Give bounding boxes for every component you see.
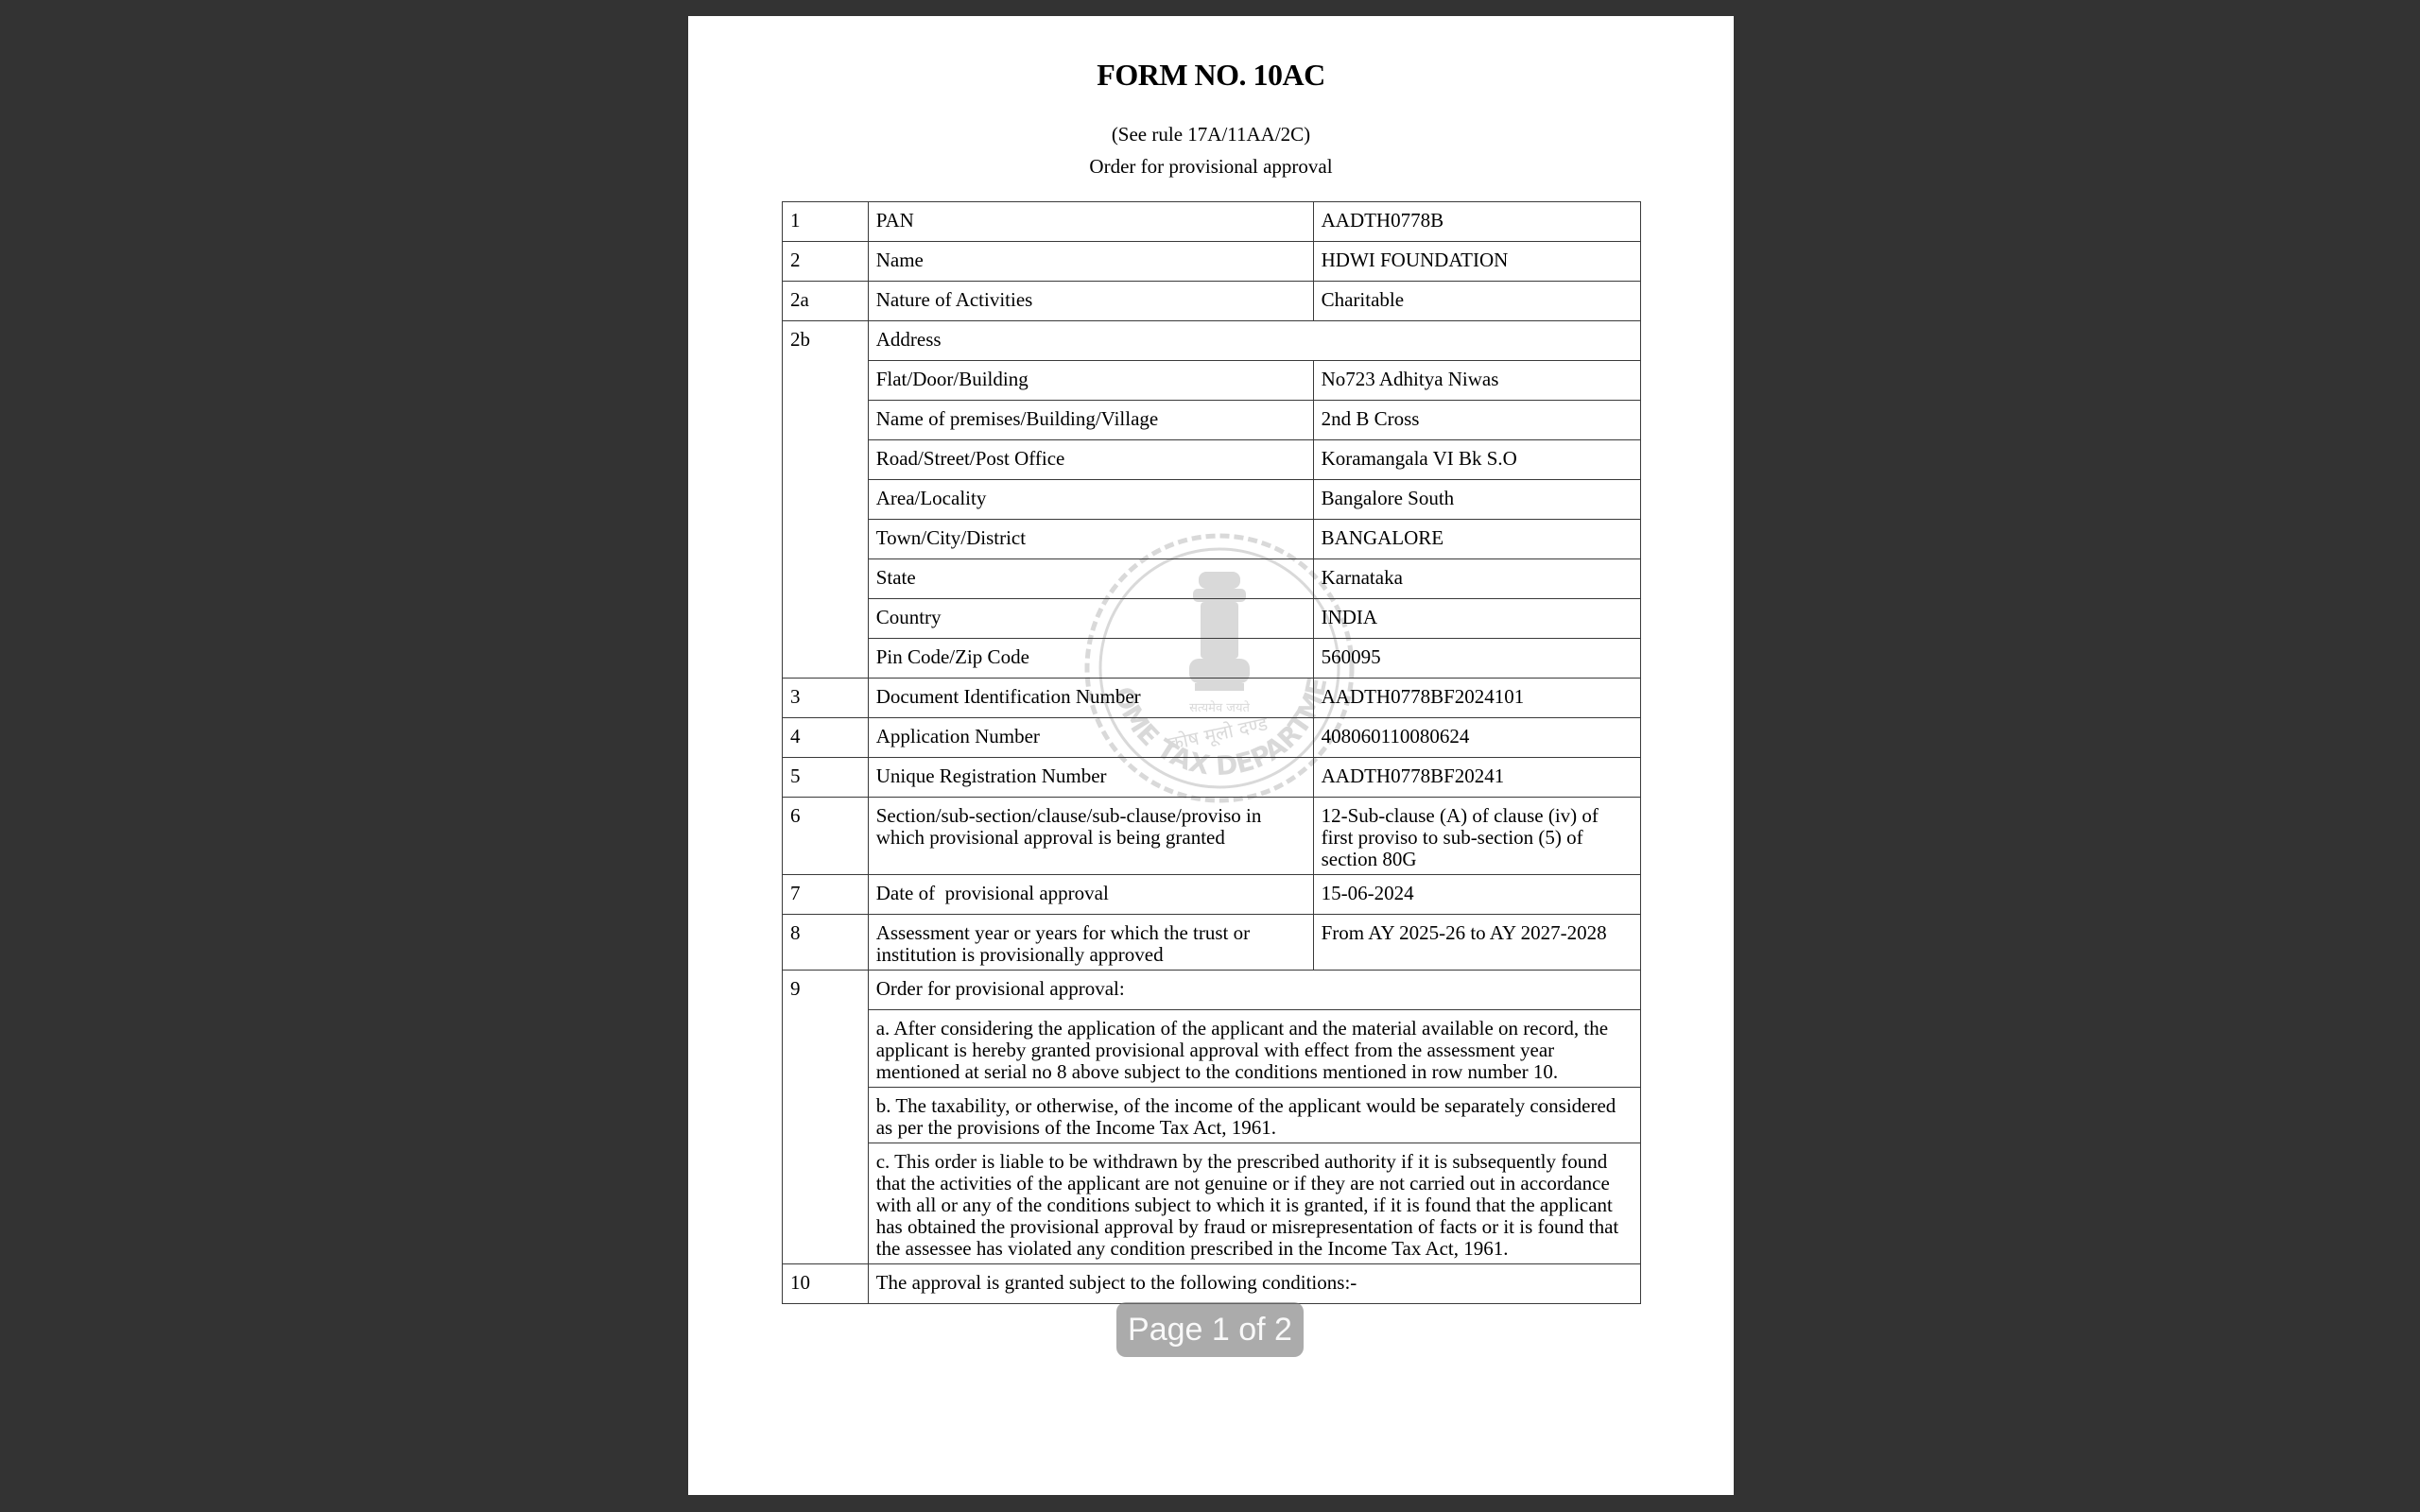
field-value: Karnataka	[1313, 559, 1640, 599]
page-indicator: Page 1 of 2	[1116, 1302, 1304, 1357]
field-label: Assessment year or years for which the t…	[868, 915, 1313, 971]
field-value: Koramangala VI Bk S.O	[1313, 440, 1640, 480]
conditions-heading: The approval is granted subject to the f…	[868, 1264, 1640, 1304]
document-page: FORM NO. 10AC (See rule 17A/11AA/2C) Ord…	[688, 16, 1734, 1495]
row-number: 10	[783, 1264, 869, 1304]
field-label: Area/Locality	[868, 480, 1313, 520]
table-row: 5 Unique Registration Number AADTH0778BF…	[783, 758, 1641, 798]
field-label: Unique Registration Number	[868, 758, 1313, 798]
order-clause-b: b. The taxability, or otherwise, of the …	[868, 1088, 1640, 1143]
row-number: 2	[783, 242, 869, 282]
field-value: BANGALORE	[1313, 520, 1640, 559]
field-label: Nature of Activities	[868, 282, 1313, 321]
row-number: 6	[783, 798, 869, 875]
row-number: 7	[783, 875, 869, 915]
table-row: 3 Document Identification Number AADTH07…	[783, 679, 1641, 718]
field-label: PAN	[868, 202, 1313, 242]
urn-value: AADTH0778BF20241	[1313, 758, 1640, 798]
field-label: Country	[868, 599, 1313, 639]
address-row: Country INDIA	[783, 599, 1641, 639]
address-row: Pin Code/Zip Code 560095	[783, 639, 1641, 679]
field-label: Flat/Door/Building	[868, 361, 1313, 401]
table-row: 10 The approval is granted subject to th…	[783, 1264, 1641, 1304]
field-label: Pin Code/Zip Code	[868, 639, 1313, 679]
order-paragraph: c. This order is liable to be withdrawn …	[783, 1143, 1641, 1264]
row-number: 3	[783, 679, 869, 718]
address-row: Town/City/District BANGALORE	[783, 520, 1641, 559]
order-heading: Order for provisional approval:	[868, 971, 1640, 1010]
address-row: Road/Street/Post Office Koramangala VI B…	[783, 440, 1641, 480]
field-label: Road/Street/Post Office	[868, 440, 1313, 480]
table-row: 9 Order for provisional approval:	[783, 971, 1641, 1010]
address-row: Flat/Door/Building No723 Adhitya Niwas	[783, 361, 1641, 401]
row-number: 2a	[783, 282, 869, 321]
row-number: 9	[783, 971, 869, 1264]
form-title: FORM NO. 10AC	[688, 58, 1734, 93]
assessment-years-value: From AY 2025-26 to AY 2027-2028	[1313, 915, 1640, 971]
row-number: 1	[783, 202, 869, 242]
field-value: 2nd B Cross	[1313, 401, 1640, 440]
field-label: Application Number	[868, 718, 1313, 758]
table-row: 2a Nature of Activities Charitable	[783, 282, 1641, 321]
row-number: 8	[783, 915, 869, 971]
field-value: 560095	[1313, 639, 1640, 679]
field-label: Section/sub-section/clause/sub-clause/pr…	[868, 798, 1313, 875]
table-row: 1 PAN AADTH0778B	[783, 202, 1641, 242]
application-number-value: 408060110080624	[1313, 718, 1640, 758]
field-label: State	[868, 559, 1313, 599]
form-subtitle: Order for provisional approval	[688, 155, 1734, 179]
field-label: Name	[868, 242, 1313, 282]
pan-value: AADTH0778B	[1313, 202, 1640, 242]
field-label: Document Identification Number	[868, 679, 1313, 718]
table-row: 2b Address	[783, 321, 1641, 361]
row-number: 5	[783, 758, 869, 798]
address-heading: Address	[868, 321, 1640, 361]
order-clause-c: c. This order is liable to be withdrawn …	[868, 1143, 1640, 1264]
table-row: 4 Application Number 408060110080624	[783, 718, 1641, 758]
field-value: No723 Adhitya Niwas	[1313, 361, 1640, 401]
address-row: State Karnataka	[783, 559, 1641, 599]
table-row: 6 Section/sub-section/clause/sub-clause/…	[783, 798, 1641, 875]
row-number: 4	[783, 718, 869, 758]
order-paragraph: b. The taxability, or otherwise, of the …	[783, 1088, 1641, 1143]
approval-date-value: 15-06-2024	[1313, 875, 1640, 915]
form-table: 1 PAN AADTH0778B 2 Name HDWI FOUNDATION …	[782, 201, 1641, 1304]
table-row: 7 Date of provisional approval 15-06-202…	[783, 875, 1641, 915]
table-row: 8 Assessment year or years for which the…	[783, 915, 1641, 971]
name-value: HDWI FOUNDATION	[1313, 242, 1640, 282]
field-value: INDIA	[1313, 599, 1640, 639]
field-label: Town/City/District	[868, 520, 1313, 559]
rule-reference: (See rule 17A/11AA/2C)	[688, 123, 1734, 146]
field-label: Date of provisional approval	[868, 875, 1313, 915]
field-value: Bangalore South	[1313, 480, 1640, 520]
order-paragraph: a. After considering the application of …	[783, 1010, 1641, 1088]
address-row: Area/Locality Bangalore South	[783, 480, 1641, 520]
order-clause-a: a. After considering the application of …	[868, 1010, 1640, 1088]
din-value: AADTH0778BF2024101	[1313, 679, 1640, 718]
address-row: Name of premises/Building/Village 2nd B …	[783, 401, 1641, 440]
nature-value: Charitable	[1313, 282, 1640, 321]
table-row: 2 Name HDWI FOUNDATION	[783, 242, 1641, 282]
row-number: 2b	[783, 321, 869, 679]
section-value: 12-Sub-clause (A) of clause (iv) of firs…	[1313, 798, 1640, 875]
field-label: Name of premises/Building/Village	[868, 401, 1313, 440]
